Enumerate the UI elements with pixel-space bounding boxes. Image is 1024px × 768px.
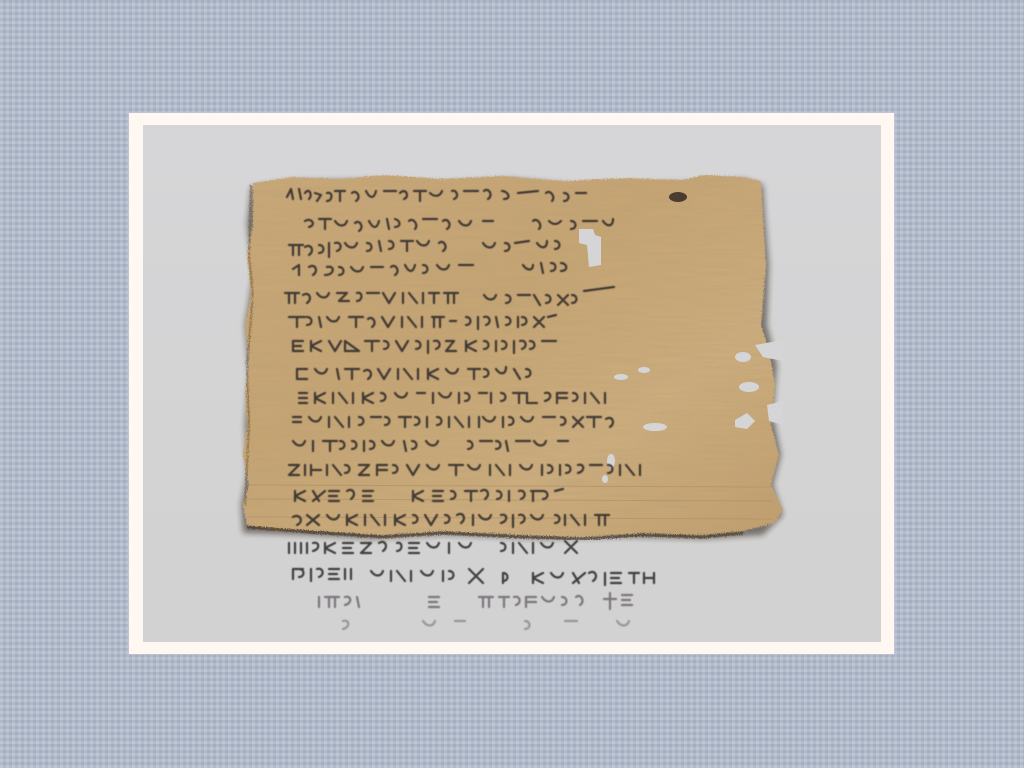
picture-frame [129, 113, 894, 654]
papyrus-fragment [143, 125, 881, 642]
photograph [143, 125, 881, 642]
